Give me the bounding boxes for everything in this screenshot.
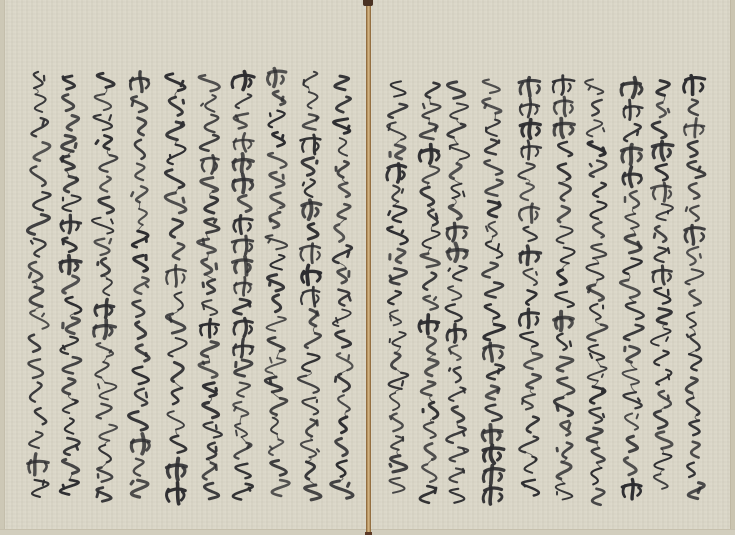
text-column: 以と康んみとも他はいたわすはんへてとられ <box>679 74 709 502</box>
text-column: 三位の中将とらりませのみほきしきおり高 <box>617 76 647 500</box>
column-text: うるらと見てかくいかなる添かくよれありにと <box>195 72 225 502</box>
column-text: しるらはしめあぬ所とろくめてつて南孫 <box>162 70 192 505</box>
text-column: 権中納言にく居の勝つき給ひていとそれなり <box>515 76 545 497</box>
gutter-binding <box>366 0 371 535</box>
column-text: 君さくらりとこそよれくおやさられ給りか <box>125 70 155 500</box>
text-column: きあみわたりくいすうしろゝとくもゝなよな <box>328 72 358 500</box>
column-text: 人まらんしくしくみるまつてとおしくおもとい <box>262 67 292 498</box>
text-column: のみなとてとよ宮き君へおはりつゝみこそれく <box>55 72 85 497</box>
column-text: めのてろらしこてわろつなり或つにの兵衛中将 <box>478 76 508 505</box>
text-column: しるらはしめあぬ所とろくめてつて南孫 <box>162 70 192 505</box>
text-column: くらし行き着こそん結ほむとめみおはしとの <box>647 78 677 492</box>
column-text: きあみわたりくいすうしろゝとくもゝなよな <box>328 72 358 500</box>
column-text: つゐの記とうくるいくえ居くちつりきさえす <box>415 79 445 505</box>
column-text: きつれ志めさ添ゆ中納言へおそやくおりひろ <box>296 68 326 503</box>
column-text: にきいりてまふれたりと七人されそかとうたろ <box>90 70 120 505</box>
text-column: めのてろらしこてわろつなり或つにの兵衛中将 <box>478 76 508 505</box>
column-text: けるつと総よろこひてなにしとやつれかろゆ <box>382 79 412 495</box>
column-text: 三位の中将とらりませのみほきしきおり高 <box>617 76 647 500</box>
column-text: のみなとてとよ宮き君へおはりつゝみこそれく <box>55 72 85 497</box>
text-column: ろにすとゑれめみよろしかわんやいれのきされ <box>582 77 612 507</box>
column-text: とつるあらしら宰相よあり給ぬれしとるくつし <box>442 80 472 505</box>
column-text: 権中納言にく居の勝つき給ひていとそれなり <box>515 76 545 497</box>
text-column: あさはりなまゆちふるそろはまてそ思う <box>23 68 53 500</box>
text-column: にきいりてまふれたりと七人されそかとうたろ <box>90 70 120 505</box>
page-edge-bottom <box>0 529 366 535</box>
text-column: 君さくらりとこそよれくおやさられ給りか <box>125 70 155 500</box>
text-column: 大納言もくなりきゑれい若へひよりろうりて <box>549 74 579 503</box>
column-text: あさはりなまゆちふるそろはまてそ思う <box>23 68 53 500</box>
text-column: うるらと見てかくいかなる添かくよれありにと <box>195 72 225 502</box>
column-text: 以と康んみとも他はいたわすはんへてとられ <box>679 74 709 502</box>
text-column: 姫々の中納言ハ十六女君ハ十九ありたいされて <box>228 70 258 502</box>
text-column: とつるあらしら宰相よあり給ぬれしとるくつし <box>442 80 472 505</box>
text-column: 人まらんしくしくみるまつてとおしくおもとい <box>262 67 292 498</box>
page-edge-left <box>0 0 5 535</box>
text-column: きつれ志めさ添ゆ中納言へおそやくおりひろ <box>296 68 326 503</box>
page-edge-bottom <box>371 529 735 535</box>
column-text: ろにすとゑれめみよろしかわんやいれのきされ <box>582 77 612 507</box>
text-column: けるつと総よろこひてなにしとやつれかろゆ <box>382 79 412 495</box>
column-text: 大納言もくなりきゑれい若へひよりろうりて <box>549 74 579 503</box>
column-text: 姫々の中納言ハ十六女君ハ十九ありたいされて <box>228 70 258 502</box>
text-column: つゐの記とうくるいくえ居くちつりきさえす <box>415 79 445 505</box>
binding-thread-top <box>363 0 373 6</box>
column-text: くらし行き着こそん結ほむとめみおはしとの <box>647 78 677 492</box>
page-edge-right <box>730 0 735 535</box>
